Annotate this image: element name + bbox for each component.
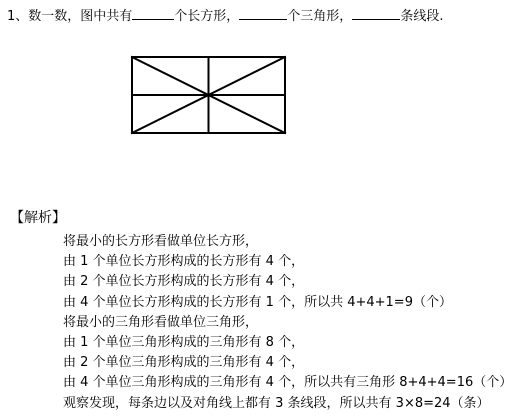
question-part2: 个三角形， <box>287 9 352 24</box>
question-part1: 个长方形， <box>174 9 239 24</box>
analysis-line: 将最小的三角形看做单位三角形， <box>63 313 512 333</box>
geometry-figure <box>128 53 290 139</box>
analysis-line: 由 1 个单位三角形构成的三角形有 8 个， <box>63 333 512 353</box>
analysis-line: 由 2 个单位长方形构成的长方形有 4 个， <box>63 272 512 292</box>
answer-blank-rectangles[interactable] <box>132 6 174 20</box>
analysis-heading: 【解析】 <box>10 209 66 227</box>
analysis-line: 由 4 个单位长方形构成的长方形有 1 个，所以共 4+4+1=9（个） <box>63 293 512 313</box>
answer-blank-triangles[interactable] <box>239 6 287 20</box>
question-part3: 条线段. <box>400 9 443 24</box>
question-line: 1、数一数，图中共有个长方形，个三角形，条线段. <box>7 6 443 26</box>
analysis-line: 由 4 个单位三角形构成的三角形有 4 个，所以共有三角形 8+4+4=16（个… <box>63 373 512 393</box>
analysis-body: 将最小的长方形看做单位长方形， 由 1 个单位长方形构成的长方形有 4 个， 由… <box>63 232 512 414</box>
analysis-line: 观察发现，每条边以及对角线上都有 3 条线段，所以共有 3×8=24（条） <box>63 394 512 414</box>
analysis-line: 将最小的长方形看做单位长方形， <box>63 232 512 252</box>
answer-blank-segments[interactable] <box>352 6 400 20</box>
analysis-line: 由 2 个单位三角形构成的三角形有 4 个， <box>63 353 512 373</box>
analysis-line: 由 1 个单位长方形构成的长方形有 4 个， <box>63 252 512 272</box>
question-prefix: 1、数一数，图中共有 <box>7 9 132 24</box>
